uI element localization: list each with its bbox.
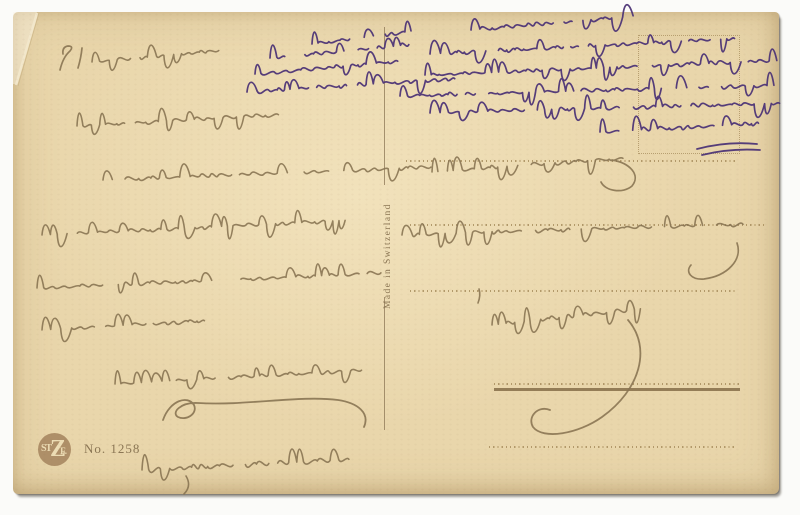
stamp-box [638, 35, 740, 154]
scanner-background: Made in Switzerland ST Z F. No. 1258 [0, 0, 800, 515]
address-line-1 [406, 160, 738, 162]
publisher-number: No. 1258 [84, 441, 140, 457]
address-line-4-dotted [494, 383, 740, 385]
address-line-2 [410, 224, 766, 226]
logo-letter-f: F. [60, 447, 67, 456]
center-divider-line-top [384, 27, 385, 185]
address-line-4-solid [494, 388, 740, 391]
address-line-3 [410, 290, 737, 292]
center-divider-line-bottom [384, 297, 385, 430]
publisher-logo: ST Z F. [38, 433, 71, 466]
made-in-label: Made in Switzerland [383, 203, 393, 309]
postcard: Made in Switzerland ST Z F. No. 1258 [13, 12, 779, 494]
corner-crease [13, 12, 57, 104]
address-line-5 [489, 446, 737, 448]
